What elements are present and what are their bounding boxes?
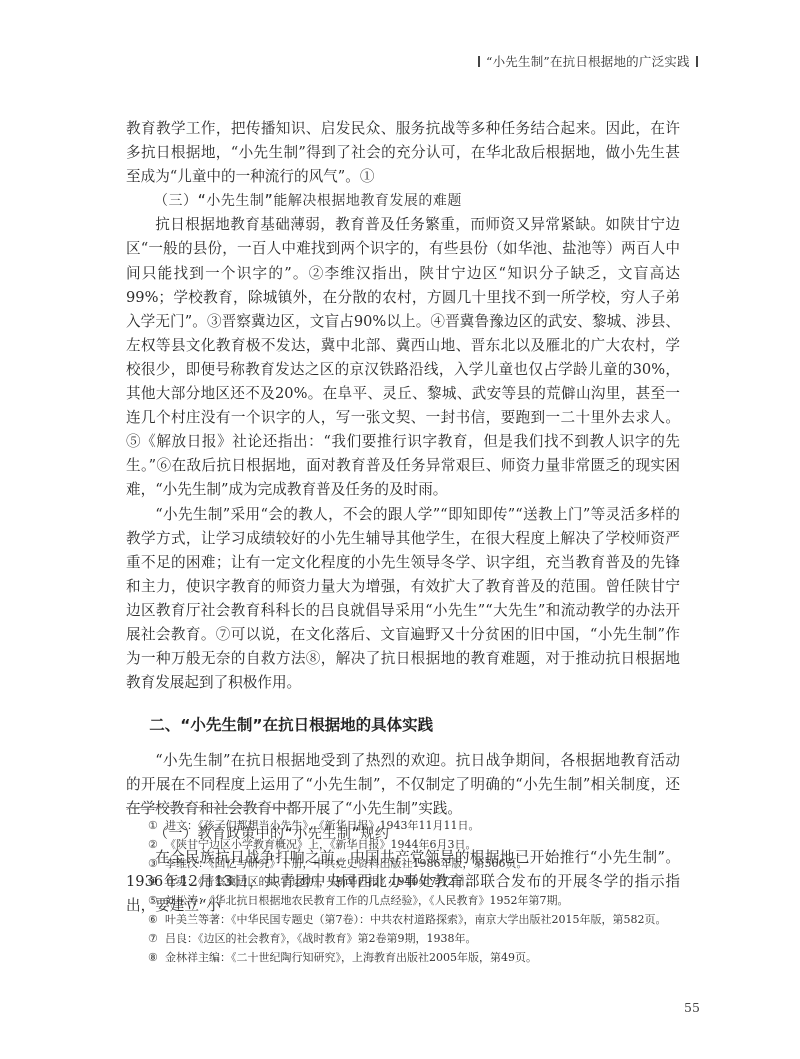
- footnote-text: 进文：《孩子们都想当小先生》，《新华日报》1943年11月11日。: [165, 819, 480, 832]
- footnotes: ①进文：《孩子们都想当小先生》，《新华日报》1943年11月11日。 ②《陕甘宁…: [148, 817, 688, 967]
- footnote-divider: [126, 807, 316, 808]
- footnote-mark: ⑧: [148, 949, 165, 968]
- footnote: ④仓夷：《晋察冀边区的识字运动》，《新华日报》1940年7月2日。: [148, 873, 688, 892]
- paragraph-4: “小先生制”在抗日根据地受到了热烈的欢迎。抗日战争期间，各根据地教育活动的开展在…: [126, 749, 680, 821]
- footnote: ③李维汉：《回忆与研究》下册，中共党史资料出版社1986年版，第566页。: [148, 855, 688, 874]
- footnote-mark: ④: [148, 873, 165, 892]
- footnote-text: 金林祥主编：《二十世纪陶行知研究》，上海教育出版社2005年版，第49页。: [165, 951, 537, 964]
- footnote: ①进文：《孩子们都想当小先生》，《新华日报》1943年11月11日。: [148, 817, 688, 836]
- page-number: 55: [684, 1000, 700, 1015]
- footnote-mark: ①: [148, 817, 165, 836]
- running-head: “小先生制”在抗日根据地的广泛实践: [472, 52, 702, 70]
- paragraph-1: 教育教学工作，把传播知识、启发民众、服务抗战等多种任务结合起来。因此，在许多抗日…: [126, 117, 680, 189]
- footnote: ⑦吕良：《边区的社会教育》，《战时教育》第2卷第9期，1938年。: [148, 930, 688, 949]
- paragraph-3: “小先生制”采用“会的教人，不会的跟人学”“即知即传”“送教上门”等灵活多样的教…: [126, 503, 680, 696]
- footnote-text: 仓夷：《晋察冀边区的识字运动》，《新华日报》1940年7月2日。: [165, 875, 477, 888]
- section-title: 二、“小先生制”在抗日根据地的具体实践: [126, 713, 680, 735]
- footnote-text: 《陕甘宁边区小学教育概况》上，《新华日报》1944年6月3日。: [165, 838, 477, 851]
- header-bar-right: [696, 56, 698, 67]
- footnote-text: 吕良：《边区的社会教育》，《战时教育》第2卷第9期，1938年。: [165, 932, 477, 945]
- footnote-text: 刘松涛：《华北抗日根据地农民教育工作的几点经验》，《人民教育》1952年第7期。: [165, 894, 569, 907]
- footnote-mark: ⑦: [148, 930, 165, 949]
- footnote: ⑤刘松涛：《华北抗日根据地农民教育工作的几点经验》，《人民教育》1952年第7期…: [148, 892, 688, 911]
- footnote-mark: ③: [148, 855, 165, 874]
- footnote-mark: ②: [148, 836, 165, 855]
- footnote-text: 李维汉：《回忆与研究》下册，中共党史资料出版社1986年版，第566页。: [165, 857, 528, 870]
- footnote-mark: ⑥: [148, 911, 165, 930]
- footnote: ⑥叶美兰等著：《中华民国专题史（第7卷）：中共农村道路探索》，南京大学出版社20…: [148, 911, 688, 930]
- footnote: ②《陕甘宁边区小学教育概况》上，《新华日报》1944年6月3日。: [148, 836, 688, 855]
- footnote: ⑧金林祥主编：《二十世纪陶行知研究》，上海教育出版社2005年版，第49页。: [148, 949, 688, 968]
- body-text: 教育教学工作，把传播知识、启发民众、服务抗战等多种任务结合起来。因此，在许多抗日…: [126, 117, 680, 918]
- subheading-3: （三）“小先生制”能解决根据地教育发展的难题: [126, 189, 680, 213]
- footnote-mark: ⑤: [148, 892, 165, 911]
- paragraph-2: 抗日根据地教育基础薄弱，教育普及任务繁重，而师资又异常紧缺。如陕甘宁边区“一般的…: [126, 213, 680, 502]
- footnote-text: 叶美兰等著：《中华民国专题史（第7卷）：中共农村道路探索》，南京大学出版社201…: [165, 913, 667, 926]
- running-head-title: “小先生制”在抗日根据地的广泛实践: [486, 54, 690, 69]
- header-bar-left: [478, 56, 480, 67]
